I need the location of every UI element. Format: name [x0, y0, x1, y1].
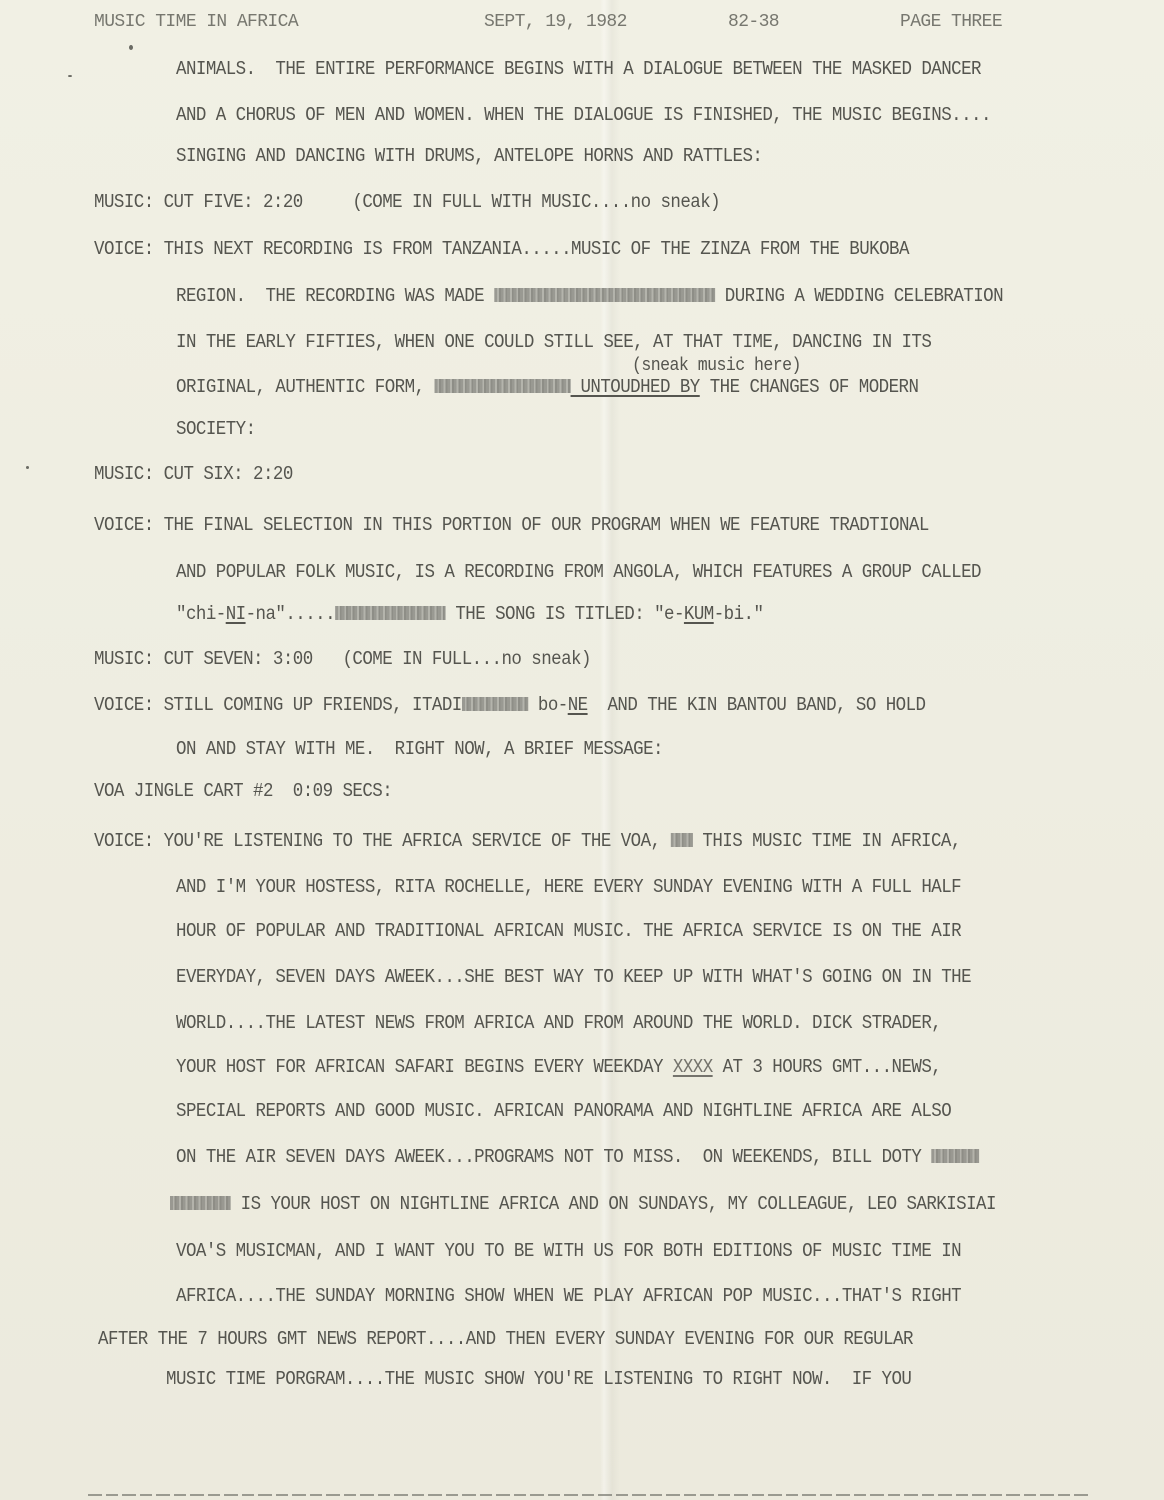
- text-segment: AND THE KIN BANTOU BAND, SO HOLD: [588, 694, 926, 716]
- redaction-strikeout: [170, 1196, 231, 1210]
- cue-text: CUT SIX: 2:20: [164, 463, 293, 485]
- script-number: 82-38: [728, 12, 779, 32]
- program-title: MUSIC TIME IN AFRICA: [94, 12, 298, 32]
- cue-label: MUSIC:: [94, 463, 154, 485]
- script-line: AFRICA....THE SUNDAY MORNING SHOW WHEN W…: [176, 1285, 961, 1307]
- cue-label: VOICE:: [94, 514, 154, 536]
- cue-note: (COME IN FULL WITH MUSIC....no sneak): [352, 191, 720, 213]
- voice-cue-station-id: VOICE: YOU'RE LISTENING TO THE AFRICA SE…: [94, 830, 961, 852]
- script-line: AND POPULAR FOLK MUSIC, IS A RECORDING F…: [176, 561, 981, 583]
- script-line: THE FINAL SELECTION IN THIS PORTION OF O…: [164, 514, 929, 536]
- text-segment: REGION. THE RECORDING WAS MADE: [176, 285, 494, 307]
- cue-label: MUSIC:: [94, 648, 154, 670]
- script-line: AND I'M YOUR HOSTESS, RITA ROCHELLE, HER…: [176, 876, 961, 898]
- underlined-text: UNTOUDHED BY: [571, 376, 700, 398]
- underlined-text: NE: [568, 694, 588, 716]
- text-segment: STILL COMING UP FRIENDS, ITADI: [164, 694, 462, 716]
- script-line: ANIMALS. THE ENTIRE PERFORMANCE BEGINS W…: [176, 58, 981, 80]
- sneak-music-note: (sneak music here): [632, 355, 801, 377]
- music-cue-cut-seven: MUSIC: CUT SEVEN: 3:00 (COME IN FULL...n…: [94, 648, 591, 670]
- text-segment: -na".....: [246, 603, 335, 625]
- page-bottom-mark: [88, 1494, 1088, 1496]
- script-line: WORLD....THE LATEST NEWS FROM AFRICA AND…: [176, 1012, 941, 1034]
- ink-mark: [129, 45, 133, 50]
- ink-mark: [68, 75, 72, 77]
- voice-cue-tanzania: VOICE: THIS NEXT RECORDING IS FROM TANZA…: [94, 238, 909, 260]
- script-line: AFTER THE 7 HOURS GMT NEWS REPORT....AND…: [98, 1328, 913, 1350]
- voice-cue-coming-up: VOICE: STILL COMING UP FRIENDS, ITADI bo…: [94, 694, 925, 716]
- underlined-text: KUM: [684, 603, 714, 625]
- text-segment: -bi.": [714, 603, 764, 625]
- script-line: VOA'S MUSICMAN, AND I WANT YOU TO BE WIT…: [176, 1240, 961, 1262]
- text-segment: "chi-: [176, 603, 226, 625]
- voice-cue-angola: VOICE: THE FINAL SELECTION IN THIS PORTI…: [94, 514, 929, 536]
- script-line: ON AND STAY WITH ME. RIGHT NOW, A BRIEF …: [176, 738, 663, 760]
- text-segment: ORIGINAL, AUTHENTIC FORM,: [176, 376, 434, 398]
- text-segment: THE SONG IS TITLED: "e-: [445, 603, 684, 625]
- music-cue-cut-six: MUSIC: CUT SIX: 2:20: [94, 463, 293, 485]
- cue-label: VOICE:: [94, 238, 154, 260]
- text-segment: ON THE AIR SEVEN DAYS AWEEK...PROGRAMS N…: [176, 1146, 931, 1168]
- script-line: HOUR OF POPULAR AND TRADITIONAL AFRICAN …: [176, 920, 961, 942]
- script-date: SEPT, 19, 1982: [484, 12, 627, 32]
- cue-label: VOICE:: [94, 830, 154, 852]
- cue-note: (COME IN FULL...no sneak): [342, 648, 590, 670]
- text-segment: bo-: [528, 694, 568, 716]
- cue-label: MUSIC:: [94, 191, 154, 213]
- cue-text: CUT FIVE: 2:20: [164, 191, 303, 213]
- text-segment: AT 3 HOURS GMT...NEWS,: [713, 1056, 942, 1078]
- redaction-strikeout: [670, 833, 692, 847]
- redaction-strikeout: [931, 1149, 979, 1163]
- page-label: PAGE THREE: [900, 12, 1002, 32]
- ink-mark: [26, 466, 29, 469]
- script-line: AND A CHORUS OF MEN AND WOMEN. WHEN THE …: [176, 104, 991, 126]
- script-line: THIS NEXT RECORDING IS FROM TANZANIA....…: [164, 238, 909, 260]
- cue-text: CUT SEVEN: 3:00: [164, 648, 313, 670]
- script-line: MUSIC TIME PORGRAM....THE MUSIC SHOW YOU…: [166, 1368, 911, 1390]
- script-line: "chi-NI-na"..... THE SONG IS TITLED: "e-…: [176, 603, 763, 625]
- text-segment: YOUR HOST FOR AFRICAN SAFARI BEGINS EVER…: [176, 1056, 673, 1078]
- script-line: EVERYDAY, SEVEN DAYS AWEEK...SHE BEST WA…: [176, 966, 971, 988]
- cue-label: VOICE:: [94, 694, 154, 716]
- text-segment: YOU'RE LISTENING TO THE AFRICA SERVICE O…: [164, 830, 671, 852]
- struck-text: XXXX: [673, 1056, 713, 1078]
- text-segment: DURING A WEDDING CELEBRATION: [715, 285, 1003, 307]
- redaction-strikeout: [462, 697, 528, 711]
- script-line: IN THE EARLY FIFTIES, WHEN ONE COULD STI…: [176, 331, 931, 353]
- jingle-cue: VOA JINGLE CART #2 0:09 SECS:: [94, 780, 392, 802]
- text-segment: THE CHANGES OF MODERN: [700, 376, 919, 398]
- redaction-strikeout: [434, 379, 570, 393]
- script-line: ORIGINAL, AUTHENTIC FORM, UNTOUDHED BY T…: [176, 376, 918, 398]
- redaction-strikeout: [335, 606, 445, 620]
- script-line: YOUR HOST FOR AFRICAN SAFARI BEGINS EVER…: [176, 1056, 941, 1078]
- script-line: SOCIETY:: [176, 418, 256, 440]
- script-line: IS YOUR HOST ON NIGHTLINE AFRICA AND ON …: [170, 1193, 996, 1215]
- underlined-text: NI: [226, 603, 246, 625]
- script-line: SINGING AND DANCING WITH DRUMS, ANTELOPE…: [176, 145, 762, 167]
- text-segment: IS YOUR HOST ON NIGHTLINE AFRICA AND ON …: [231, 1193, 996, 1215]
- script-line: SPECIAL REPORTS AND GOOD MUSIC. AFRICAN …: [176, 1100, 951, 1122]
- script-line: REGION. THE RECORDING WAS MADE DURING A …: [176, 285, 1003, 307]
- music-cue-cut-five: MUSIC: CUT FIVE: 2:20 (COME IN FULL WITH…: [94, 191, 720, 213]
- text-segment: THIS MUSIC TIME IN AFRICA,: [692, 830, 960, 852]
- redaction-strikeout: [494, 288, 715, 302]
- script-line: ON THE AIR SEVEN DAYS AWEEK...PROGRAMS N…: [176, 1146, 979, 1168]
